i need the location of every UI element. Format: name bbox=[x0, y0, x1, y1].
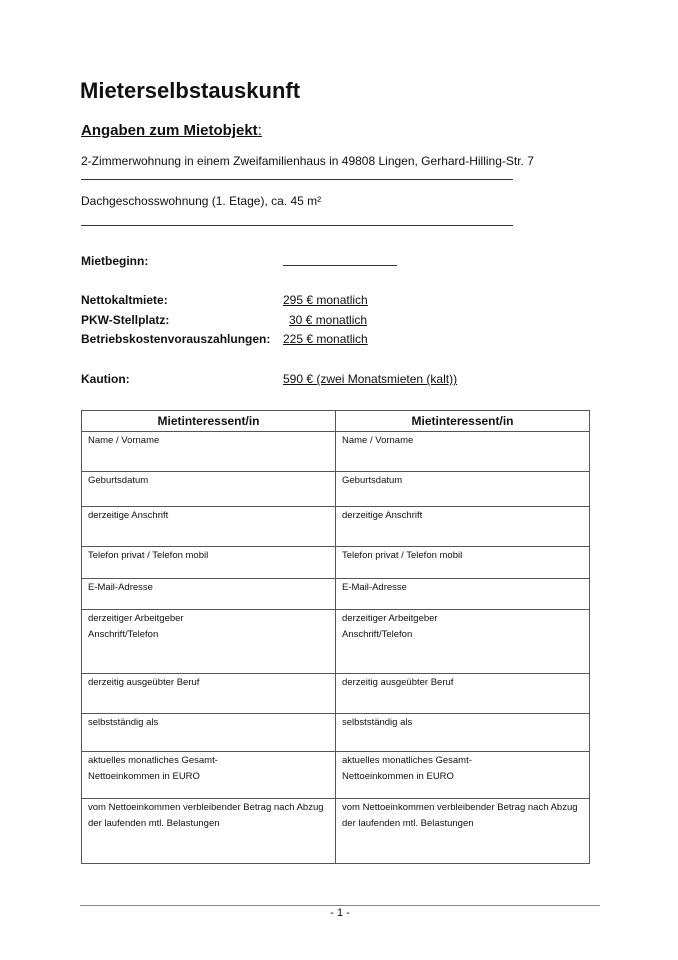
applicant-1-field[interactable]: Geburtsdatum bbox=[82, 472, 336, 507]
field-label: Name / Vorname bbox=[82, 432, 335, 449]
applicant-1-field[interactable]: selbstständig als bbox=[82, 714, 336, 752]
table-row: vom Nettoeinkommen verbleibender Betrag … bbox=[82, 799, 590, 864]
tenant-info-table: Mietinteressent/in Mietinteressent/in Na… bbox=[81, 410, 590, 864]
applicant-2-field[interactable]: derzeitige Anschrift bbox=[336, 507, 590, 547]
kaution-value: 590 € (zwei Monatsmieten (kalt)) bbox=[283, 372, 457, 386]
nettokaltmiete-value: 295 € monatlich bbox=[283, 293, 368, 307]
field-label: vom Nettoeinkommen verbleibender Betrag … bbox=[82, 799, 335, 832]
betriebskosten-label: Betriebskostenvorauszahlungen: bbox=[81, 332, 270, 346]
table-row: GeburtsdatumGeburtsdatum bbox=[82, 472, 590, 507]
field-label: Telefon privat / Telefon mobil bbox=[336, 547, 589, 564]
section-heading-text: Angaben zum Mietobjekt bbox=[81, 122, 258, 139]
applicant-1-field[interactable]: vom Nettoeinkommen verbleibender Betrag … bbox=[82, 799, 336, 864]
field-label: Geburtsdatum bbox=[336, 472, 589, 489]
table-row: Telefon privat / Telefon mobilTelefon pr… bbox=[82, 547, 590, 579]
page-number: - 1 - bbox=[80, 907, 600, 919]
mietbeginn-field[interactable] bbox=[283, 265, 397, 266]
table-row: E-Mail-AdresseE-Mail-Adresse bbox=[82, 579, 590, 610]
applicant-1-field[interactable]: derzeitiger Arbeitgeber Anschrift/Telefo… bbox=[82, 610, 336, 674]
applicant-1-field[interactable]: derzeitig ausgeübter Beruf bbox=[82, 674, 336, 714]
field-label: derzeitig ausgeübter Beruf bbox=[336, 674, 589, 691]
table-row: aktuelles monatliches Gesamt- Nettoeinko… bbox=[82, 752, 590, 799]
description-underline bbox=[81, 179, 513, 180]
field-label: derzeitige Anschrift bbox=[82, 507, 335, 524]
applicant-2-field[interactable]: Geburtsdatum bbox=[336, 472, 590, 507]
applicant-2-field[interactable]: vom Nettoeinkommen verbleibender Betrag … bbox=[336, 799, 590, 864]
nettokaltmiete-label: Nettokaltmiete: bbox=[81, 293, 168, 307]
footer-divider bbox=[80, 905, 600, 906]
betriebskosten-value: 225 € monatlich bbox=[283, 332, 368, 346]
applicant-2-field[interactable]: E-Mail-Adresse bbox=[336, 579, 590, 610]
field-label: Geburtsdatum bbox=[82, 472, 335, 489]
object-description: 2-Zimmerwohnung in einem Zweifamilienhau… bbox=[81, 154, 534, 168]
field-label: vom Nettoeinkommen verbleibender Betrag … bbox=[336, 799, 589, 832]
section-heading-colon: : bbox=[258, 122, 262, 139]
field-label: selbstständig als bbox=[336, 714, 589, 731]
field-label: E-Mail-Adresse bbox=[336, 579, 589, 596]
section-heading: Angaben zum Mietobjekt: bbox=[81, 122, 262, 139]
applicant-2-field[interactable]: selbstständig als bbox=[336, 714, 590, 752]
applicant-1-field[interactable]: Telefon privat / Telefon mobil bbox=[82, 547, 336, 579]
field-label: aktuelles monatliches Gesamt- Nettoeinko… bbox=[82, 752, 335, 785]
applicant-1-field[interactable]: derzeitige Anschrift bbox=[82, 507, 336, 547]
table-row: selbstständig alsselbstständig als bbox=[82, 714, 590, 752]
field-label: Name / Vorname bbox=[336, 432, 589, 449]
mietbeginn-label: Mietbeginn: bbox=[81, 254, 148, 268]
table-row: derzeitige Anschriftderzeitige Anschrift bbox=[82, 507, 590, 547]
field-label: Telefon privat / Telefon mobil bbox=[82, 547, 335, 564]
field-label: derzeitiger Arbeitgeber Anschrift/Telefo… bbox=[336, 610, 589, 643]
column-header-applicant-1: Mietinteressent/in bbox=[82, 411, 336, 432]
table-row: derzeitiger Arbeitgeber Anschrift/Telefo… bbox=[82, 610, 590, 674]
column-header-applicant-2: Mietinteressent/in bbox=[336, 411, 590, 432]
stellplatz-label: PKW-Stellplatz: bbox=[81, 313, 169, 327]
applicant-2-field[interactable]: Name / Vorname bbox=[336, 432, 590, 472]
kaution-label: Kaution: bbox=[81, 372, 130, 386]
field-label: derzeitig ausgeübter Beruf bbox=[82, 674, 335, 691]
stellplatz-value: 30 € monatlich bbox=[289, 313, 367, 327]
applicant-2-field[interactable]: derzeitiger Arbeitgeber Anschrift/Telefo… bbox=[336, 610, 590, 674]
applicant-2-field[interactable]: Telefon privat / Telefon mobil bbox=[336, 547, 590, 579]
applicant-1-field[interactable]: Name / Vorname bbox=[82, 432, 336, 472]
applicant-2-field[interactable]: aktuelles monatliches Gesamt- Nettoeinko… bbox=[336, 752, 590, 799]
field-label: selbstständig als bbox=[82, 714, 335, 731]
applicant-2-field[interactable]: derzeitig ausgeübter Beruf bbox=[336, 674, 590, 714]
applicant-1-field[interactable]: E-Mail-Adresse bbox=[82, 579, 336, 610]
object-details: Dachgeschosswohnung (1. Etage), ca. 45 m… bbox=[81, 194, 321, 208]
field-label: derzeitiger Arbeitgeber Anschrift/Telefo… bbox=[82, 610, 335, 643]
document-title: Mieterselbstauskunft bbox=[80, 78, 300, 104]
details-underline bbox=[81, 225, 513, 226]
field-label: aktuelles monatliches Gesamt- Nettoeinko… bbox=[336, 752, 589, 785]
applicant-1-field[interactable]: aktuelles monatliches Gesamt- Nettoeinko… bbox=[82, 752, 336, 799]
field-label: derzeitige Anschrift bbox=[336, 507, 589, 524]
field-label: E-Mail-Adresse bbox=[82, 579, 335, 596]
table-row: derzeitig ausgeübter Berufderzeitig ausg… bbox=[82, 674, 590, 714]
table-row: Name / VornameName / Vorname bbox=[82, 432, 590, 472]
